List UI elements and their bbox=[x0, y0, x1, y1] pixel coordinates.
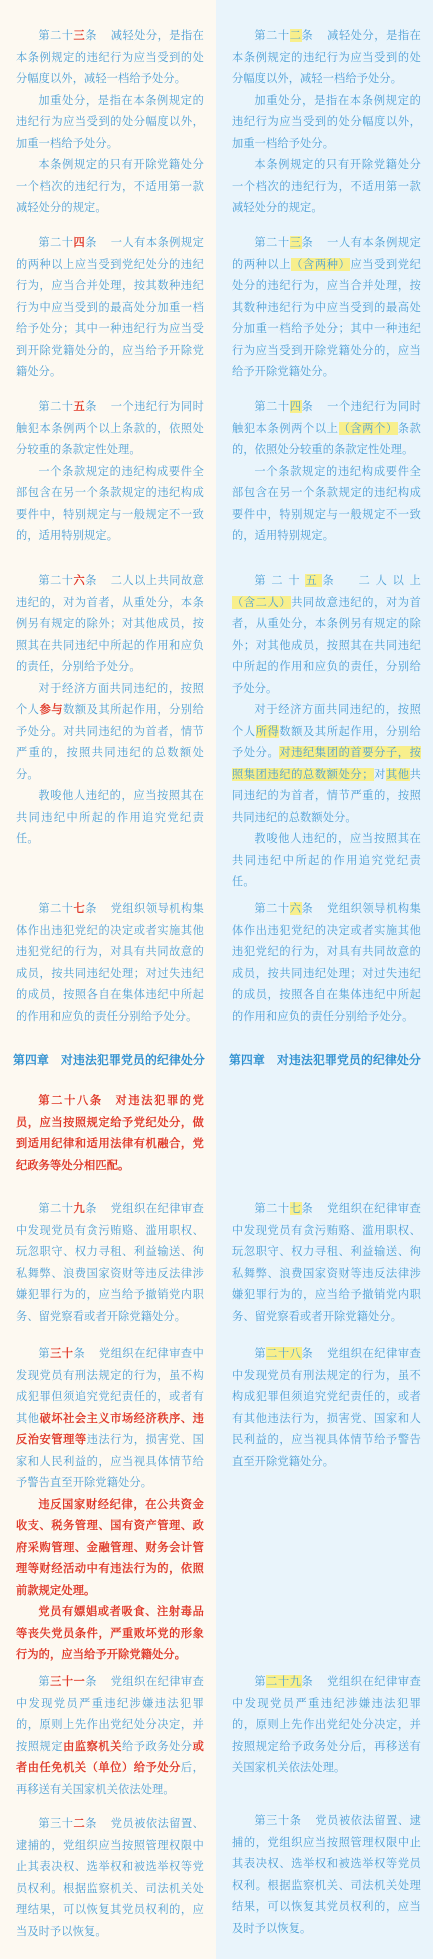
article-paragraph: 加重处分，是指在本条例规定的违纪行为应当受到的处分幅度以外，加重一档给予处分。 bbox=[232, 90, 421, 155]
article-number-suffix: 条 bbox=[302, 400, 314, 413]
article-number-mark: 九 bbox=[74, 1202, 86, 1215]
article-number-mark: 四 bbox=[74, 236, 86, 249]
article-paragraph: 第二十六条党组织领导机构集体作出违犯党纪的决定或者实施其他违犯党纪的行为，对具有… bbox=[232, 898, 421, 1027]
article-number: 第 bbox=[254, 1675, 266, 1688]
article-paragraph: 加重处分，是指在本条例规定的违纪行为应当受到的处分幅度以外，加重一档给予处分。 bbox=[16, 90, 204, 155]
article-text: 党组织在纪律审查中发现党员有贪污贿赂、滥用职权、玩忽职守、权力寻租、利益输送、徇… bbox=[16, 1202, 204, 1323]
article-text: 对 bbox=[374, 768, 386, 781]
article-paragraph: 第二十八条党组织在纪律审查中发现党员有刑法规定的行为，虽不构成犯罪但须追究党纪责… bbox=[232, 1343, 421, 1472]
article-paragraph-added: 第二十八条 对违法犯罪的党员，应当按照规定给予党纪处分，做到适用纪律和适用法律有… bbox=[16, 1090, 204, 1176]
article-number-mark: 三十 bbox=[50, 1347, 73, 1360]
article-32-new: 第三十二条党员被依法留置、逮捕的，党组织应当按照管理权限中止其表决权、选举权和被… bbox=[16, 1813, 204, 1942]
article-23-old: 第二十三条一人有本条例规定的两种以上（含两种）应当受到党纪处分的违纪行为，应当合… bbox=[232, 232, 421, 383]
changed-text: 参与 bbox=[40, 703, 64, 716]
article-paragraph: 第二十三条一人有本条例规定的两种以上（含两种）应当受到党纪处分的违纪行为，应当合… bbox=[232, 232, 421, 383]
article-24-new: 第二十四条一人有本条例规定的两种以上应当受到党纪处分的违纪行为，应当合并处理，按… bbox=[16, 232, 204, 383]
article-23-new: 第二十三条减轻处分，是指在本条例规定的违纪行为应当受到的处分幅度以外，减轻一档给… bbox=[16, 25, 204, 219]
article-paragraph: 第二十五条二人以上（含二人）共同故意违纪的，对为首者，从重处分，本条例另有规定的… bbox=[232, 570, 421, 699]
article-text: 二人以上共同故意违纪的，对为首者，从重处分，本条例另有规定的除外；对其他成员，按… bbox=[16, 574, 204, 673]
article-number: 第二十 bbox=[254, 902, 289, 915]
article-number: 第二十 bbox=[38, 1202, 73, 1215]
article-number-mark: 二十八 bbox=[266, 1347, 301, 1360]
article-27-old: 第二十七条党组织在纪律审查中发现党员有贪污贿赂、滥用职权、玩忽职守、权力寻租、利… bbox=[232, 1198, 421, 1327]
article-paragraph: 第二十九条党组织在纪律审查中发现党员严重违纪涉嫌违法犯罪的，原则上先作出党纪处分… bbox=[232, 1671, 421, 1779]
article-number-mark: 六 bbox=[74, 574, 86, 587]
article-paragraph: 第二十四条一个违纪行为同时触犯本条例两个以上（含两个）条款的，依照处分较重的条款… bbox=[232, 396, 421, 461]
article-text: 党组织在纪律审查中发现党员有刑法规定的行为，虽不构成犯罪但须追究党纪责任的，或者… bbox=[232, 1347, 421, 1468]
article-number-mark: 四 bbox=[290, 400, 302, 413]
article-number-suffix: 条 bbox=[85, 1202, 97, 1215]
article-paragraph-added: 违反国家财经纪律，在公共资金收支、税务管理、国有资产管理、政府采购管理、金融管理… bbox=[16, 1494, 204, 1602]
article-text: 党组织领导机构集体作出违犯党纪的决定或者实施其他违犯党纪的行为，对具有共同故意的… bbox=[232, 902, 421, 1023]
article-text: 给予政务处分 bbox=[122, 1740, 193, 1753]
article-paragraph: 第二十三条减轻处分，是指在本条例规定的违纪行为应当受到的处分幅度以外，减轻一档给… bbox=[16, 25, 204, 90]
article-text: 党组织在纪律审查中发现党员有贪污贿赂、滥用职权、玩忽职守、权力寻租、利益输送、徇… bbox=[232, 1202, 421, 1323]
article-paragraph: 第二十七条党组织领导机构集体作出违犯党纪的决定或者实施其他违犯党纪的行为，对具有… bbox=[16, 898, 204, 1027]
article-26-new: 第二十六条二人以上共同故意违纪的，对为首者，从重处分，本条例另有规定的除外；对其… bbox=[16, 570, 204, 850]
article-27-new: 第二十七条党组织领导机构集体作出违犯党纪的决定或者实施其他违犯党纪的行为，对具有… bbox=[16, 898, 204, 1027]
chapter-4-heading-new: 第四章 对违法犯罪党员的纪律处分 bbox=[13, 1050, 210, 1070]
article-number-suffix: 条 bbox=[85, 29, 97, 42]
article-number-suffix: 条 bbox=[322, 574, 339, 587]
article-paragraph: 第二十七条党组织在纪律审查中发现党员有贪污贿赂、滥用职权、玩忽职守、权力寻租、利… bbox=[232, 1198, 421, 1327]
article-29-new: 第二十九条党组织在纪律审查中发现党员有贪污贿赂、滥用职权、玩忽职守、权力寻租、利… bbox=[16, 1198, 204, 1327]
article-number: 第二十 bbox=[254, 29, 289, 42]
article-25-new: 第二十五条一个违纪行为同时触犯本条例两个以上条款的，依照处分较重的条款定性处理。… bbox=[16, 396, 204, 547]
article-paragraph: 第三十条党组织在纪律审查中发现党员有刑法规定的行为，虽不构成犯罪但须追究党纪责任… bbox=[16, 1343, 204, 1494]
article-text: 党组织在纪律审查中发现党员严重违纪涉嫌违法犯罪的，原则上先作出党纪处分决定，并按… bbox=[232, 1675, 421, 1774]
article-number: 第二十 bbox=[254, 574, 305, 587]
highlighted-text: （含两个） bbox=[339, 422, 398, 435]
article-number-mark: 三 bbox=[290, 236, 302, 249]
article-number-suffix: 条 bbox=[302, 1202, 314, 1215]
highlighted-text: 所得 bbox=[256, 725, 280, 738]
article-number: 第三十条 bbox=[254, 1814, 301, 1827]
article-paragraph: 本条例规定的只有开除党籍处分一个档次的违纪行为，不适用第一款减轻处分的规定。 bbox=[232, 154, 421, 219]
highlighted-text: （含两种） bbox=[291, 258, 350, 271]
article-number: 第 bbox=[38, 1347, 50, 1360]
article-number: 第二十 bbox=[38, 574, 73, 587]
article-number-mark: 二十九 bbox=[266, 1675, 301, 1688]
article-number: 第三十 bbox=[38, 1817, 73, 1830]
article-number: 第二十 bbox=[38, 400, 73, 413]
article-number-suffix: 条 bbox=[85, 1675, 97, 1688]
article-number-mark: 七 bbox=[290, 1202, 302, 1215]
article-number-suffix: 条 bbox=[302, 29, 314, 42]
highlighted-text: 其他 bbox=[386, 768, 410, 781]
article-number: 第 bbox=[38, 1675, 50, 1688]
right-column-old-version: 第二十二条减轻处分，是指在本条例规定的违纪行为应当受到的处分幅度以外，减轻一档给… bbox=[216, 0, 433, 1959]
article-paragraph: 教唆他人违纪的，应当按照其在共同违纪中所起的作用追究党纪责任。 bbox=[16, 785, 204, 850]
article-number: 第二十 bbox=[254, 1202, 289, 1215]
comparison-document: 第二十三条减轻处分，是指在本条例规定的违纪行为应当受到的处分幅度以外，减轻一档给… bbox=[0, 0, 433, 1959]
article-number: 第二十 bbox=[38, 29, 73, 42]
article-paragraph: 对于经济方面共同违纪的，按照个人所得数额及其所起作用，分别给予处分。对违纪集团的… bbox=[232, 699, 421, 828]
article-text: 党员被依法留置、逮捕的，党组织应当按照管理权限中止其表决权、选举权和被选举权等党… bbox=[232, 1814, 421, 1935]
article-24-old: 第二十四条一个违纪行为同时触犯本条例两个以上（含两个）条款的，依照处分较重的条款… bbox=[232, 396, 421, 547]
article-paragraph: 对于经济方面共同违纪的，按照个人参与数额及其所起作用，分别给予处分。对共同违纪的… bbox=[16, 678, 204, 786]
article-text: 应当受到党纪处分的违纪行为，应当合并处理，按其数种违纪行为中应当受到的最高处分加… bbox=[232, 258, 421, 379]
article-number-mark: 二 bbox=[74, 1817, 86, 1830]
article-number-suffix: 条 bbox=[302, 1675, 314, 1688]
article-number: 第二十 bbox=[38, 902, 73, 915]
article-paragraph: 第二十六条二人以上共同故意违纪的，对为首者，从重处分，本条例另有规定的除外；对其… bbox=[16, 570, 204, 678]
article-number-suffix: 条 bbox=[85, 236, 97, 249]
article-25-old: 第二十五条二人以上（含二人）共同故意违纪的，对为首者，从重处分，本条例另有规定的… bbox=[232, 570, 421, 893]
article-number-suffix: 条 bbox=[74, 1347, 86, 1360]
article-number-suffix: 条 bbox=[85, 1817, 97, 1830]
article-number: 第二十 bbox=[38, 236, 73, 249]
article-31-new: 第三十一条党组织在纪律审查中发现党员严重违纪涉嫌违法犯罪的，原则上先作出党纪处分… bbox=[16, 1671, 204, 1800]
article-paragraph: 本条例规定的只有开除党籍处分一个档次的违纪行为，不适用第一款减轻处分的规定。 bbox=[16, 154, 204, 219]
article-number-mark: 五 bbox=[305, 574, 322, 587]
article-number-suffix: 条 bbox=[302, 1347, 314, 1360]
article-28-old: 第二十八条党组织在纪律审查中发现党员有刑法规定的行为，虽不构成犯罪但须追究党纪责… bbox=[232, 1343, 421, 1472]
article-number-mark: 三十一 bbox=[50, 1675, 85, 1688]
article-paragraph: 教唆他人违纪的，应当按照其在共同违纪中所起的作用追究党纪责任。 bbox=[232, 828, 421, 893]
article-29-old: 第二十九条党组织在纪律审查中发现党员严重违纪涉嫌违法犯罪的，原则上先作出党纪处分… bbox=[232, 1671, 421, 1779]
article-text: 党组织领导机构集体作出违犯党纪的决定或者实施其他违犯党纪的行为，对具有共同故意的… bbox=[16, 902, 204, 1023]
left-column-new-version: 第二十三条减轻处分，是指在本条例规定的违纪行为应当受到的处分幅度以外，减轻一档给… bbox=[0, 0, 216, 1959]
article-22-old: 第二十二条减轻处分，是指在本条例规定的违纪行为应当受到的处分幅度以外，减轻一档给… bbox=[232, 25, 421, 219]
article-number-suffix: 条 bbox=[85, 902, 97, 915]
article-number: 第二十 bbox=[254, 236, 289, 249]
article-30-new: 第三十条党组织在纪律审查中发现党员有刑法规定的行为，虽不构成犯罪但须追究党纪责任… bbox=[16, 1343, 204, 1666]
article-number-suffix: 条 bbox=[302, 902, 314, 915]
highlighted-text: （含二人） bbox=[232, 596, 291, 609]
article-paragraph-added: 党员有嫖娼或者吸食、注射毒品等丧失党员条件，严重败坏党的形象行为的，应当给予开除… bbox=[16, 1601, 204, 1666]
article-number-mark: 五 bbox=[74, 400, 86, 413]
article-paragraph: 第三十二条党员被依法留置、逮捕的，党组织应当按照管理权限中止其表决权、选举权和被… bbox=[16, 1813, 204, 1942]
article-paragraph: 一个条款规定的违纪构成要件全部包含在另一个条款规定的违纪构成要件中，特别规定与一… bbox=[16, 461, 204, 547]
article-text: 一人有本条例规定的两种以上应当受到党纪处分的违纪行为，应当合并处理，按其数种违纪… bbox=[16, 236, 204, 378]
article-number-mark: 七 bbox=[74, 902, 86, 915]
article-number: 第 bbox=[254, 1347, 266, 1360]
article-paragraph: 第二十五条一个违纪行为同时触犯本条例两个以上条款的，依照处分较重的条款定性处理。 bbox=[16, 396, 204, 461]
article-number-mark: 二 bbox=[290, 29, 302, 42]
changed-text: 由监察机关 bbox=[63, 1740, 122, 1753]
article-paragraph: 一个条款规定的违纪构成要件全部包含在另一个条款规定的违纪构成要件中，特别规定与一… bbox=[232, 461, 421, 547]
article-26-old: 第二十六条党组织领导机构集体作出违犯党纪的决定或者实施其他违犯党纪的行为，对具有… bbox=[232, 898, 421, 1027]
article-paragraph: 第二十九条党组织在纪律审查中发现党员有贪污贿赂、滥用职权、玩忽职守、权力寻租、利… bbox=[16, 1198, 204, 1327]
article-30-old: 第三十条党员被依法留置、逮捕的，党组织应当按照管理权限中止其表决权、选举权和被选… bbox=[232, 1810, 421, 1939]
article-number-suffix: 条 bbox=[85, 400, 97, 413]
article-paragraph: 第二十二条减轻处分，是指在本条例规定的违纪行为应当受到的处分幅度以外，减轻一档给… bbox=[232, 25, 421, 90]
article-number: 第二十 bbox=[254, 400, 289, 413]
article-paragraph: 第二十四条一人有本条例规定的两种以上应当受到党纪处分的违纪行为，应当合并处理，按… bbox=[16, 232, 204, 383]
article-text: 共同故意违纪的，对为首者，从重处分，本条例另有规定的除外；对其他成员，按照其在共… bbox=[232, 596, 421, 695]
article-paragraph: 第三十条党员被依法留置、逮捕的，党组织应当按照管理权限中止其表决权、选举权和被选… bbox=[232, 1810, 421, 1939]
article-number-suffix: 条 bbox=[85, 574, 97, 587]
article-number-suffix: 条 bbox=[302, 236, 314, 249]
chapter-4-heading-old: 第四章 对违法犯罪党员的纪律处分 bbox=[229, 1050, 427, 1070]
article-number-mark: 三 bbox=[74, 29, 86, 42]
article-text: 党员被依法留置、逮捕的，党组织应当按照管理权限中止其表决权、选举权和被选举权等党… bbox=[16, 1817, 204, 1938]
article-text: 二人以上 bbox=[353, 574, 421, 587]
article-28-new: 第二十八条 对违法犯罪的党员，应当按照规定给予党纪处分，做到适用纪律和适用法律有… bbox=[16, 1090, 204, 1176]
article-paragraph: 第三十一条党组织在纪律审查中发现党员严重违纪涉嫌违法犯罪的，原则上先作出党纪处分… bbox=[16, 1671, 204, 1800]
article-number-mark: 六 bbox=[290, 902, 302, 915]
